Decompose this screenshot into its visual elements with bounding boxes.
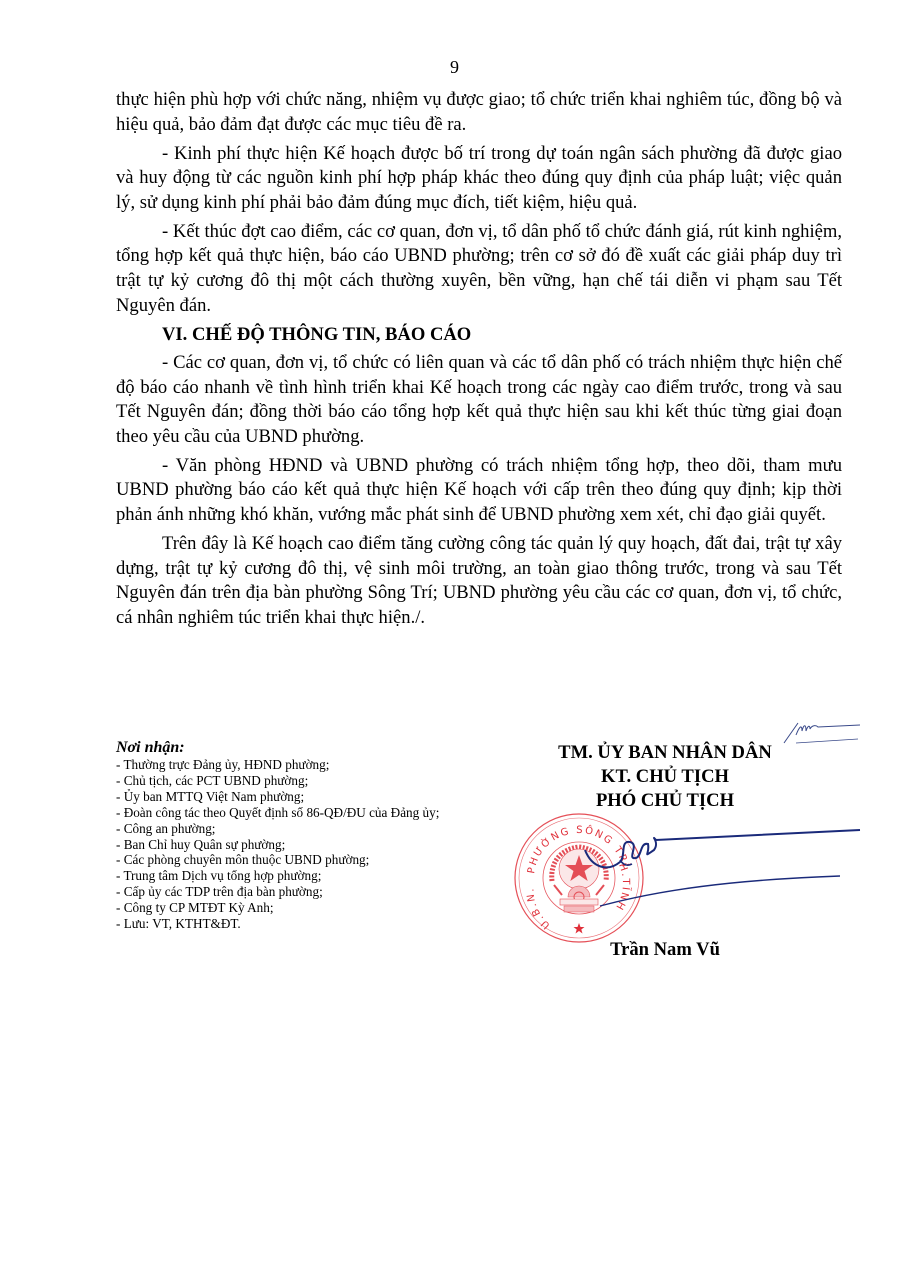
section-heading: VI. CHẾ ĐỘ THÔNG TIN, BÁO CÁO <box>116 323 842 348</box>
recipient-item: - Đoàn công tác theo Quyết định số 86-QĐ… <box>116 805 456 821</box>
paragraph-closing: Trên đây là Kế hoạch cao điểm tăng cường… <box>116 532 842 630</box>
recipient-item: - Chủ tịch, các PCT UBND phường; <box>116 773 456 789</box>
recipient-item: - Lưu: VT, KTHT&ĐT. <box>116 916 456 932</box>
paragraph-funding: - Kinh phí thực hiện Kế hoạch được bố tr… <box>116 142 842 216</box>
recipients-list: - Thường trực Đảng ủy, HĐND phường; - Ch… <box>116 757 456 932</box>
signature-block: TM. ỦY BAN NHÂN DÂN KT. CHỦ TỊCH PHÓ CHỦ… <box>490 741 840 813</box>
signature-line-1: TM. ỦY BAN NHÂN DÂN <box>490 741 840 765</box>
recipients-title: Nơi nhận: <box>116 739 456 757</box>
handwritten-signature <box>580 820 880 920</box>
page-number: 9 <box>0 57 909 77</box>
recipient-item: - Ban Chỉ huy Quân sự phường; <box>116 837 456 853</box>
paragraph-reporting-2: - Văn phòng HĐND và UBND phường có trách… <box>116 454 842 528</box>
paragraph-conclusion: - Kết thúc đợt cao điểm, các cơ quan, đơ… <box>116 220 842 318</box>
recipients-block: Nơi nhận: - Thường trực Đảng ủy, HĐND ph… <box>116 739 456 932</box>
recipient-item: - Ủy ban MTTQ Việt Nam phường; <box>116 789 456 805</box>
recipient-item: - Công ty CP MTĐT Kỳ Anh; <box>116 900 456 916</box>
signature-line-2: KT. CHỦ TỊCH <box>490 765 840 789</box>
paragraph-continuation: thực hiện phù hợp với chức năng, nhiệm v… <box>116 88 842 137</box>
paragraph-reporting-1: - Các cơ quan, đơn vị, tổ chức có liên q… <box>116 351 842 449</box>
recipient-item: - Công an phường; <box>116 821 456 837</box>
recipient-item: - Thường trực Đảng ủy, HĐND phường; <box>116 757 456 773</box>
recipient-item: - Trung tâm Dịch vụ tổng hợp phường; <box>116 868 456 884</box>
recipient-item: - Cấp ủy các TDP trên địa bàn phường; <box>116 884 456 900</box>
signature-line-3: PHÓ CHỦ TỊCH <box>490 789 840 813</box>
recipient-item: - Các phòng chuyên môn thuộc UBND phường… <box>116 852 456 868</box>
document-body: thực hiện phù hợp với chức năng, nhiệm v… <box>116 88 842 635</box>
